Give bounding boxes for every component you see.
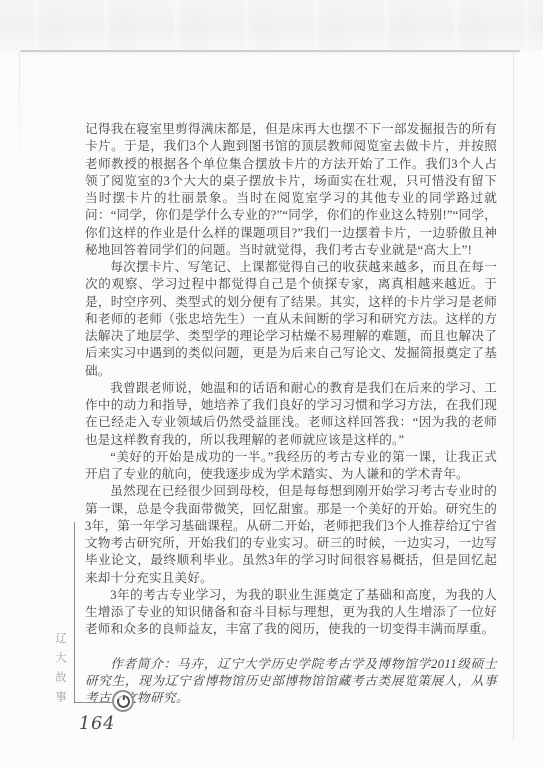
series-label-vertical: 辽大故事 [52, 632, 68, 710]
author-bio: 作者简介：马卉，辽宁大学历史学院考古学及博物馆学2011级硕士研究生，现为辽宁省… [85, 656, 497, 708]
paragraph-5: 虽然现在已经很少回到母校，但是每每想到刚开始学习考古专业时的第一课，总是令我面带… [85, 483, 497, 587]
page-right-edge-line [513, 53, 514, 741]
page-number: 164 [79, 714, 115, 734]
paragraph-6: 3年的考古专业学习，为我的职业生涯奠定了基础和高度，为我的人生增添了专业的知识储… [85, 587, 497, 639]
paragraph-3: 我曾跟老师说，她温和的话语和耐心的教育是我们在后来的学习、工作中的动力和指导，她… [85, 380, 497, 449]
paragraph-2: 每次摆卡片、写笔记、上课都觉得自己的收获越来越多，而且在每一次的观察、学习过程中… [85, 259, 497, 380]
scanned-book-page: 记得我在寝室里剪得满床都是，但是床再大也摆不下一部发掘报告的所有卡片。于是，我们… [0, 0, 543, 768]
scan-top-band [0, 0, 543, 50]
page-left-edge-line [19, 53, 20, 183]
section-end-ornament-icon [112, 690, 134, 712]
section-end-rule [74, 522, 113, 703]
paragraph-4: “美好的开始是成功的一半。”我经历的考古专业的第一课，让我正式开启了专业的航向，… [85, 449, 497, 484]
page-top-edge-line [20, 50, 520, 52]
scan-streaks [0, 0, 543, 50]
paragraph-1: 记得我在寝室里剪得满床都是，但是床再大也摆不下一部发掘报告的所有卡片。于是，我们… [85, 121, 497, 259]
article-body: 记得我在寝室里剪得满床都是，但是床再大也摆不下一部发掘报告的所有卡片。于是，我们… [85, 121, 497, 707]
